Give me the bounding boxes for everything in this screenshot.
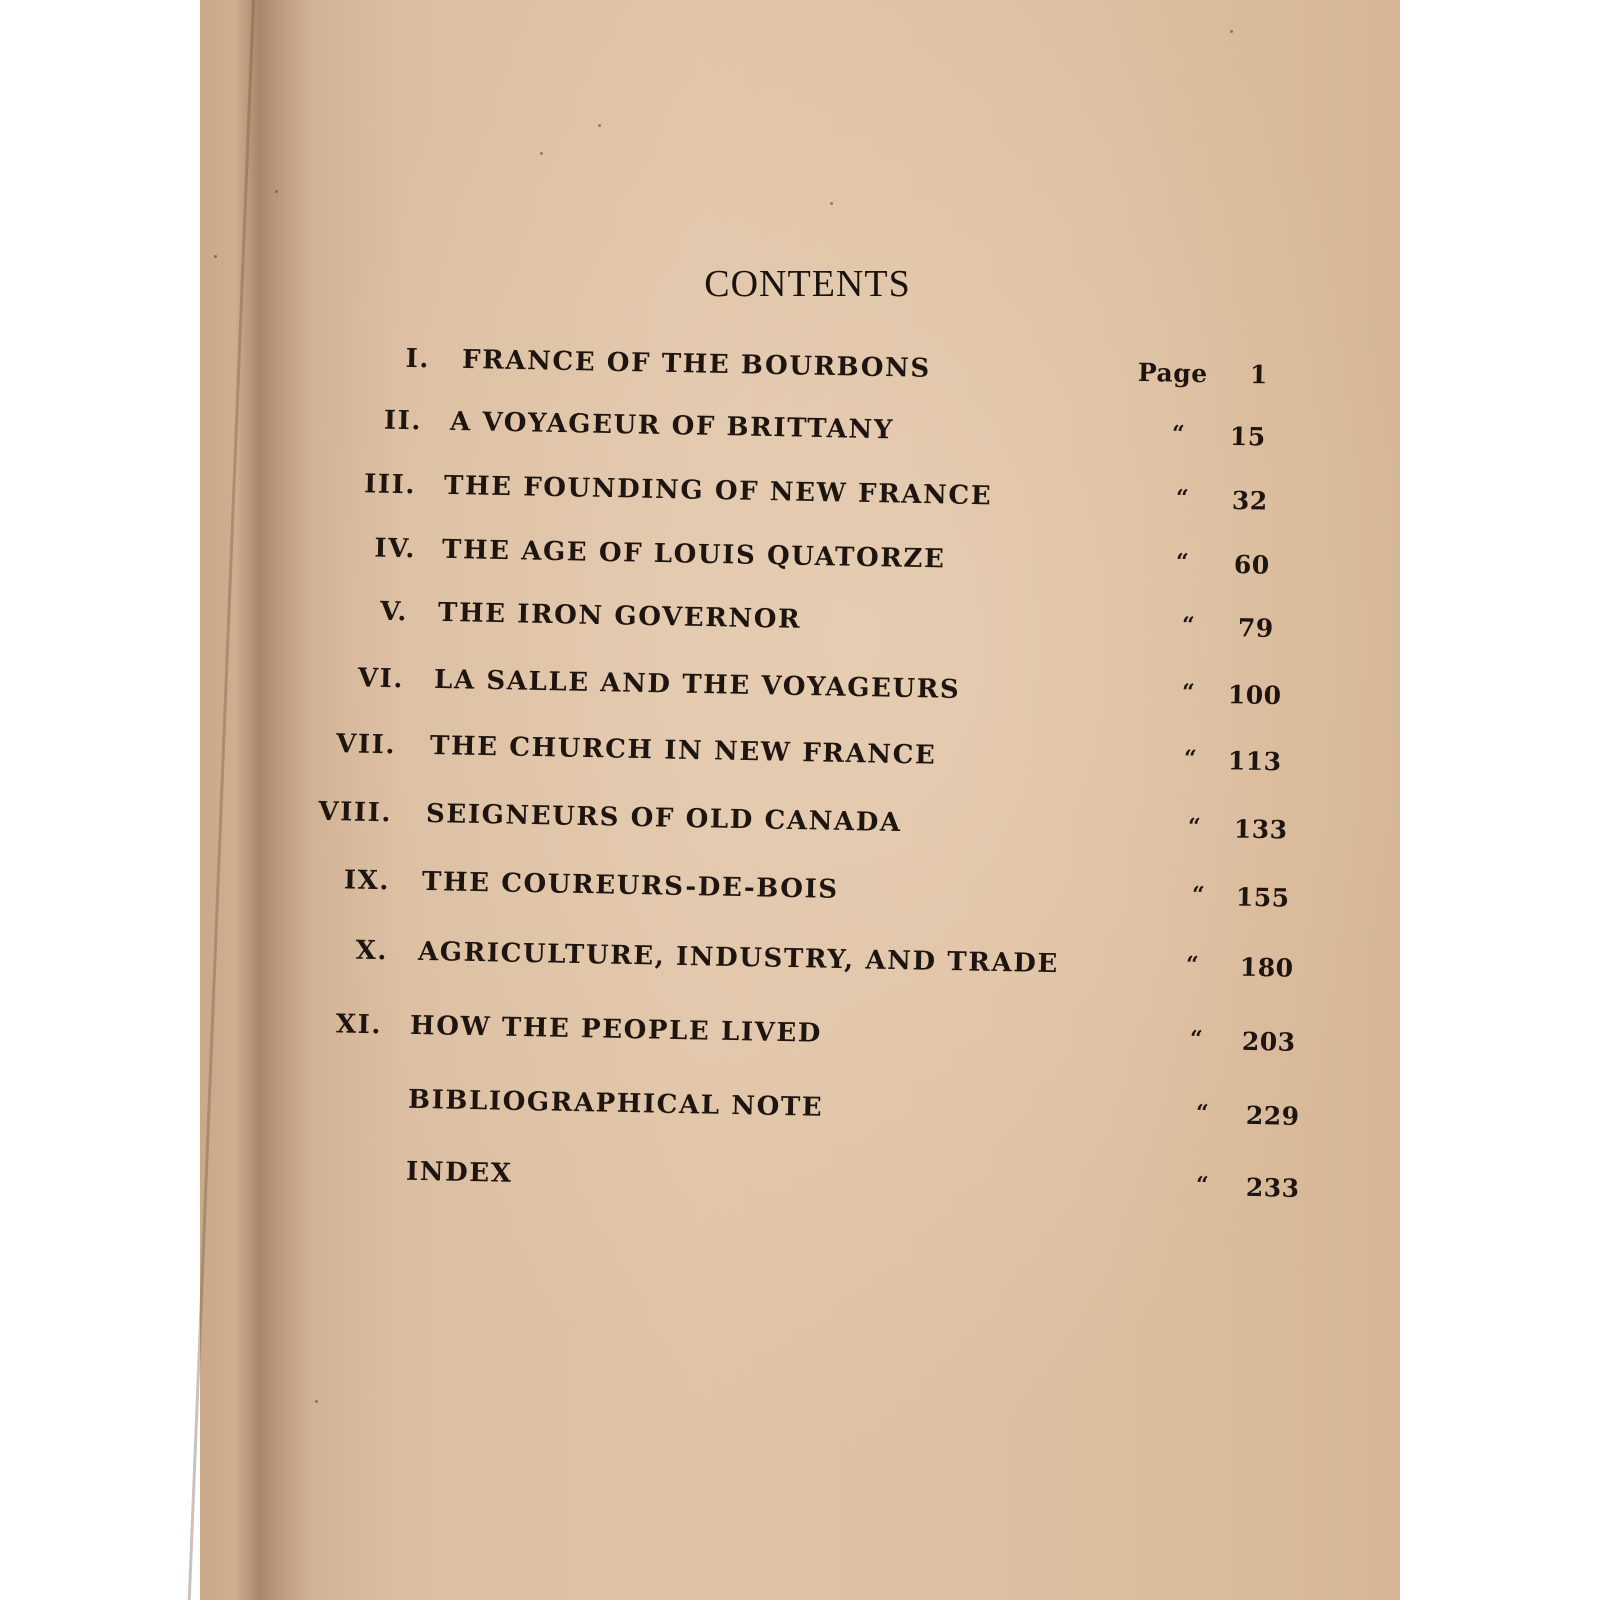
toc-entry[interactable]: IV. THE AGE OF LOUIS QUATORZE “ 60 [296,532,297,572]
toc-entry[interactable]: INDEX “ 233 [262,1154,263,1194]
page-number: 1 [1250,360,1268,389]
chapter-number: VIII. [272,796,393,828]
chapter-title: SEIGNEURS OF OLD CANADA [426,799,902,838]
page-number: 100 [1228,680,1282,710]
chapter-number: VII. [276,728,397,760]
chapter-number: III. [296,468,417,500]
chapter-title: THE IRON GOVERNOR [438,598,802,635]
page-number: 233 [1246,1173,1300,1203]
ditto-mark: “ [1182,679,1197,705]
ditto-mark: “ [1176,485,1191,511]
chapter-number: VI. [284,662,405,694]
chapter-title: FRANCE OF THE BOURBONS [462,345,931,384]
ditto-mark: “ [1190,1026,1205,1052]
toc-entry[interactable]: V. THE IRON GOVERNOR “ 79 [288,595,289,635]
chapter-number: II. [302,404,423,436]
page-number: 229 [1246,1101,1300,1131]
ditto-mark: “ [1192,882,1207,908]
chapter-number: IV. [296,532,417,564]
page-number: 60 [1234,550,1270,580]
chapter-title: THE CHURCH IN NEW FRANCE [430,731,937,771]
toc-entry[interactable]: XI. HOW THE PEOPLE LIVED “ 203 [262,1008,263,1048]
ditto-mark: “ [1188,814,1203,840]
chapter-title: LA SALLE AND THE VOYAGEURS [434,665,961,705]
chapter-title: THE COUREURS-DE-BOIS [422,867,839,905]
toc-entry[interactable]: IX. THE COUREURS-DE-BOIS “ 155 [270,864,271,904]
index-title: INDEX [406,1157,513,1189]
bibliographical-note-title: BIBLIOGRAPHICAL NOTE [408,1085,824,1123]
page-number: 155 [1236,883,1290,913]
chapter-title: A VOYAGEUR OF BRITTANY [450,407,894,446]
chapter-title: THE AGE OF LOUIS QUATORZE [442,535,946,575]
chapter-number [262,1154,382,1156]
chapter-number: I. [310,342,431,374]
chapter-number: XI. [262,1008,383,1040]
page-number: 180 [1240,953,1294,983]
table-of-contents: I. FRANCE OF THE BOURBONS Page 1 II. A V… [200,0,1400,1600]
ditto-mark: “ [1196,1172,1211,1198]
page-label: Page [1138,358,1208,388]
chapter-number: IX. [270,864,391,896]
ditto-mark: “ [1196,1100,1211,1126]
ditto-mark: “ [1186,952,1201,978]
page-number: 113 [1228,746,1282,776]
chapter-number: V. [288,595,409,627]
toc-entry[interactable]: II. A VOYAGEUR OF BRITTANY “ 15 [302,404,303,444]
chapter-title: THE FOUNDING OF NEW FRANCE [444,471,993,512]
page-number: 133 [1234,814,1288,844]
toc-entry[interactable]: VIII. SEIGNEURS OF OLD CANADA “ 133 [272,796,273,836]
ditto-mark: “ [1182,612,1197,638]
toc-entry[interactable]: VI. LA SALLE AND THE VOYAGEURS “ 100 [284,662,285,702]
page-number: 203 [1242,1027,1296,1057]
page-number: 79 [1238,613,1274,643]
toc-entry[interactable]: III. THE FOUNDING OF NEW FRANCE “ 32 [296,468,297,508]
ditto-mark: “ [1184,745,1199,771]
chapter-number: X. [268,934,389,966]
chapter-number [262,1082,382,1084]
toc-entry[interactable]: I. FRANCE OF THE BOURBONS Page 1 [310,342,311,382]
chapter-title: HOW THE PEOPLE LIVED [410,1011,822,1049]
book-page: CONTENTS I. FRANCE OF THE BOURBONS Page … [200,0,1400,1600]
ditto-mark: “ [1176,549,1191,575]
toc-entry[interactable]: BIBLIOGRAPHICAL NOTE “ 229 [262,1082,263,1122]
page-number: 15 [1230,422,1266,452]
toc-entry[interactable]: VII. THE CHURCH IN NEW FRANCE “ 113 [276,728,277,768]
toc-entry[interactable]: X. AGRICULTURE, INDUSTRY, AND TRADE “ 18… [268,934,269,974]
page-number: 32 [1232,486,1268,516]
chapter-title: AGRICULTURE, INDUSTRY, AND TRADE [418,937,1059,979]
ditto-mark: “ [1172,421,1187,447]
